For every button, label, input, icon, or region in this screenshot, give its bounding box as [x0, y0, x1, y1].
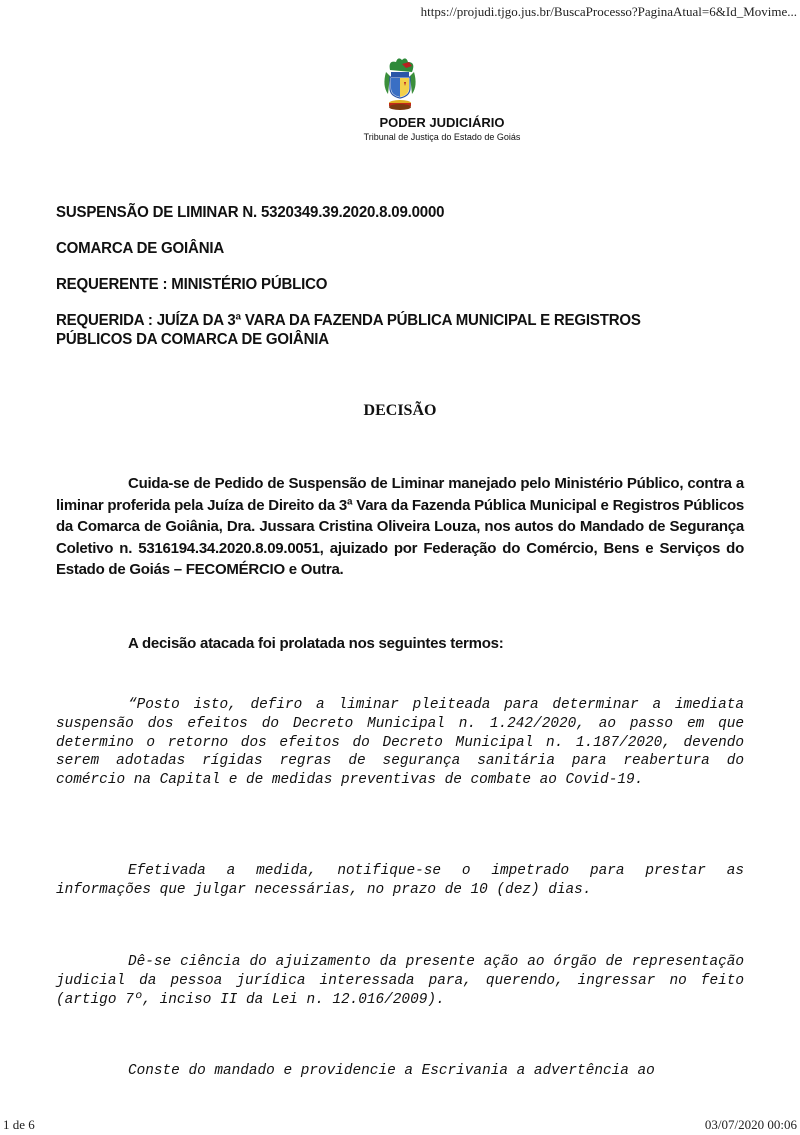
decision-heading: DECISÃO	[0, 402, 800, 420]
org-title: PODER JUDICIÁRIO	[0, 115, 800, 130]
requerida-line-2: PÚBLICOS DA COMARCA DE GOIÂNIA	[56, 330, 329, 349]
intro-paragraph: Cuida-se de Pedido de Suspensão de Limin…	[56, 473, 744, 581]
quoted-paragraph-1: “Posto isto, defiro a liminar pleiteada …	[56, 696, 744, 790]
org-subtitle: Tribunal de Justiça do Estado de Goiás	[0, 132, 800, 142]
requerida-line-1: REQUERIDA : JUÍZA DA 3ª VARA DA FAZENDA …	[56, 311, 641, 330]
page-indicator: 1 de 6	[3, 1117, 35, 1133]
quoted-paragraph-2: Efetivada a medida, notifique-se o impet…	[56, 862, 744, 900]
goias-coat-of-arms-icon	[376, 56, 424, 112]
requerente: REQUERENTE : MINISTÉRIO PÚBLICO	[56, 275, 327, 294]
quote-intro: A decisão atacada foi prolatada nos segu…	[128, 633, 503, 655]
quoted-paragraph-3: Dê-se ciência do ajuizamento da presente…	[56, 953, 744, 1009]
quoted-paragraph-4: Conste do mandado e providencie a Escriv…	[56, 1062, 744, 1081]
comarca: COMARCA DE GOIÂNIA	[56, 239, 224, 258]
case-number: SUSPENSÃO DE LIMINAR N. 5320349.39.2020.…	[56, 203, 444, 222]
page-url: https://projudi.tjgo.jus.br/BuscaProcess…	[421, 4, 797, 20]
print-timestamp: 03/07/2020 00:06	[705, 1117, 797, 1133]
